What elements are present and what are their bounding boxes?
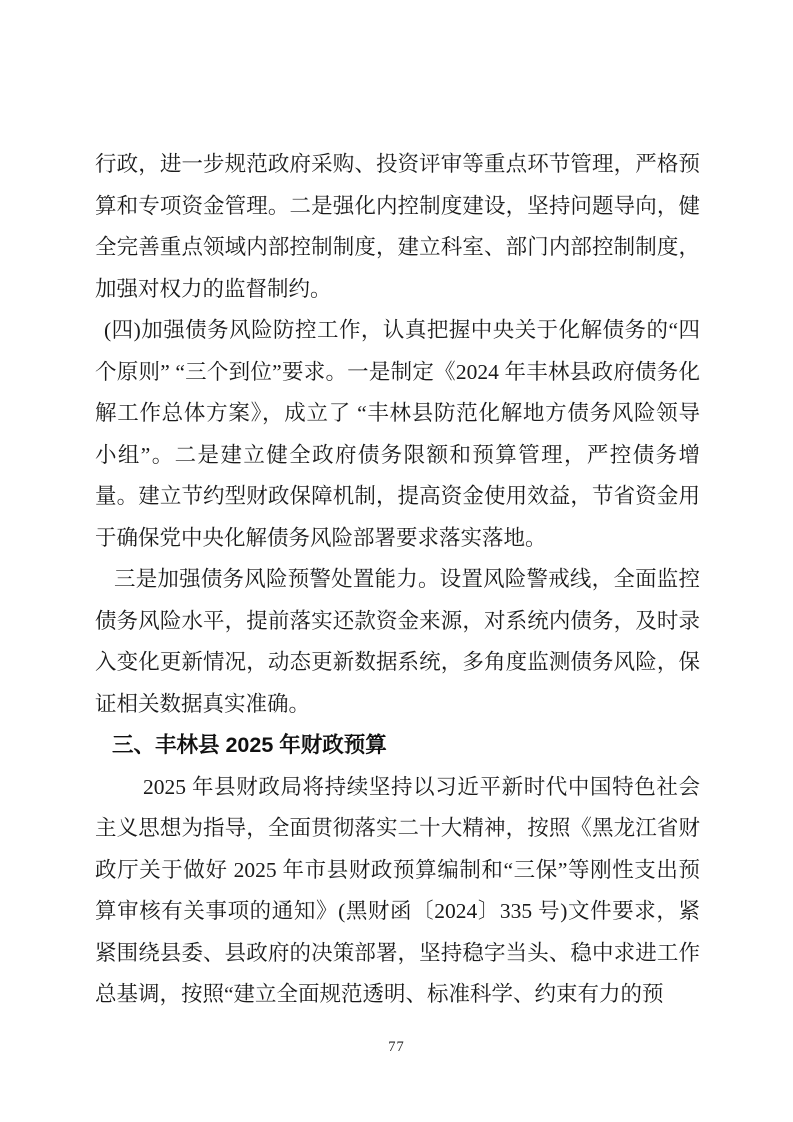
section-heading-2025-budget: 三、丰林县 2025 年财政预算 bbox=[95, 725, 700, 767]
body-paragraph-internal-control: 行政，进一步规范政府采购、投资评审等重点环节管理，严格预算和专项资金管理。二是强… bbox=[95, 144, 700, 310]
body-paragraph-debt-risk-prevention: (四)加强债务风险防控工作，认真把握中央关于化解债务的“四个原则” “三个到位”… bbox=[95, 310, 700, 559]
page-footer: 77 bbox=[0, 1038, 793, 1056]
page-content: 行政，进一步规范政府采购、投资评审等重点环节管理，严格预算和专项资金管理。二是强… bbox=[95, 0, 700, 1016]
document-page: 行政，进一步规范政府采购、投资评审等重点环节管理，严格预算和专项资金管理。二是强… bbox=[0, 0, 793, 1122]
body-paragraph-debt-risk-warning: 三是加强债务风险预警处置能力。设置风险警戒线，全面监控债务风险水平，提前落实还款… bbox=[95, 559, 700, 725]
page-number: 77 bbox=[388, 1039, 405, 1055]
body-paragraph-2025-budget-intro: 2025 年县财政局将持续坚持以习近平新时代中国特色社会主义思想为指导，全面贯彻… bbox=[95, 767, 700, 1016]
